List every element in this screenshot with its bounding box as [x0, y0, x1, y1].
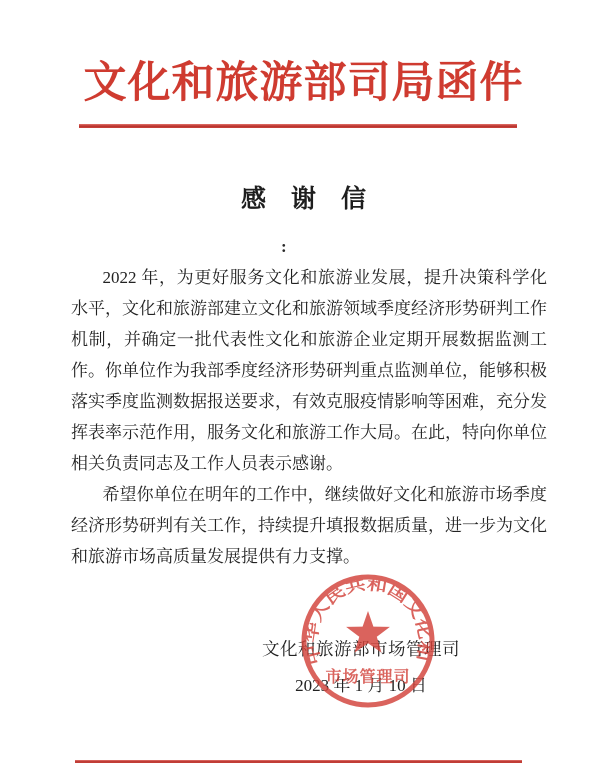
letterhead-divider-line — [79, 124, 517, 128]
signature-org-name: 文化和旅游部市场管理司 — [256, 636, 466, 661]
letter-paragraph-1: 2022 年，为更好服务文化和旅游业发展，提升决策科学化水平，文化和旅游部建立文… — [71, 262, 547, 479]
signature-date: 2023 年 1 月 10 日 — [256, 671, 466, 696]
footer-divider-line — [75, 760, 522, 763]
salutation-colon: : — [281, 237, 287, 257]
letter-body: 2022 年，为更好服务文化和旅游业发展，提升决策科学化水平，文化和旅游部建立文… — [71, 262, 547, 572]
letterhead-title: 文化和旅游部司局函件 — [0, 49, 607, 110]
letter-paragraph-2: 希望你单位在明年的工作中，继续做好文化和旅游市场季度经济形势研判有关工作，持续提… — [71, 479, 547, 572]
scanned-letter-page: 文化和旅游部司局函件 感 谢 信 : 2022 年，为更好服务文化和旅游业发展，… — [0, 0, 607, 781]
letter-title: 感 谢 信 — [0, 179, 607, 215]
signature-block: 文化和旅游部市场管理司 2023 年 1 月 10 日 — [256, 636, 466, 696]
